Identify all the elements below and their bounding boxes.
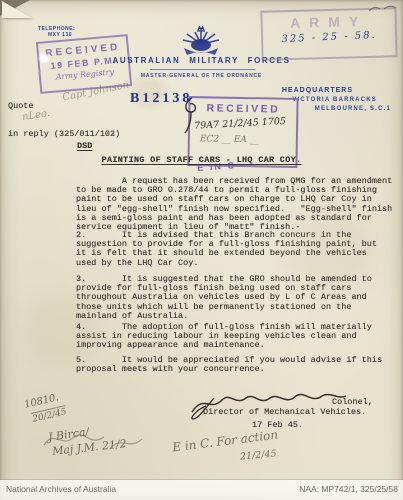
received-hq-label: RECEIVED	[190, 102, 296, 116]
army-file-number: 325 - 25 - 58.	[263, 29, 395, 46]
corner-fold-flap	[2, 1, 32, 18]
paragraph-4: 4. The adoption of full-gloss finish wil…	[76, 323, 372, 351]
signature-position: Director of Mechanical Vehicles.	[203, 408, 366, 417]
paragraph-3: 3. It is suggested that the GRO should b…	[76, 275, 372, 321]
army-file-label: ARMY	[262, 12, 394, 31]
pencil-scrawl	[40, 425, 160, 459]
hq-line1: HEADQUARTERS	[240, 87, 395, 94]
received-hq-datetime: 79A7 21/2/45 1705	[194, 115, 296, 131]
army-file-stamp: ARMY 325 - 25 - 58.	[260, 7, 397, 61]
letterhead-rule	[150, 69, 255, 70]
ink-flourish	[182, 96, 202, 134]
archive-reference: NAA: MP742/1, 325/25/58	[299, 484, 398, 494]
document-scan: TELEPHONE: MXY 130 RECEIVED 19 FEB P.M. …	[0, 0, 403, 500]
archive-name: National Archives of Australia	[6, 484, 116, 494]
received-hq-refs: EC2 __ EA __	[200, 134, 296, 146]
paragraph-1: A request has been received from QMG for…	[76, 177, 392, 232]
org-subtitle: MASTER-GENERAL OF THE ORDNANCE	[0, 73, 403, 79]
action-date: 21/2/45	[240, 448, 277, 462]
paragraph-2: 2. It is advised that this Branch concur…	[76, 231, 377, 268]
pencil-mark-top-right	[368, 3, 398, 15]
letter-title: PAINTING OF STAFF CARS - LHQ CAR COY.	[0, 156, 403, 165]
telephone-number: MXY 130	[38, 32, 75, 38]
telephone-block: TELEPHONE: MXY 130	[38, 26, 75, 38]
addressee: DSD	[77, 142, 92, 151]
archive-footer-bar: National Archives of Australia NAA: MP74…	[0, 480, 403, 500]
army-crest-icon	[178, 24, 224, 60]
quote-line2: in reply (325/011/102)	[8, 130, 120, 139]
quote-line1: Quote	[8, 102, 120, 111]
signature-rank: Colonel,	[332, 398, 373, 407]
paragraph-5: 5. It would be appreciated if you would …	[76, 356, 382, 374]
